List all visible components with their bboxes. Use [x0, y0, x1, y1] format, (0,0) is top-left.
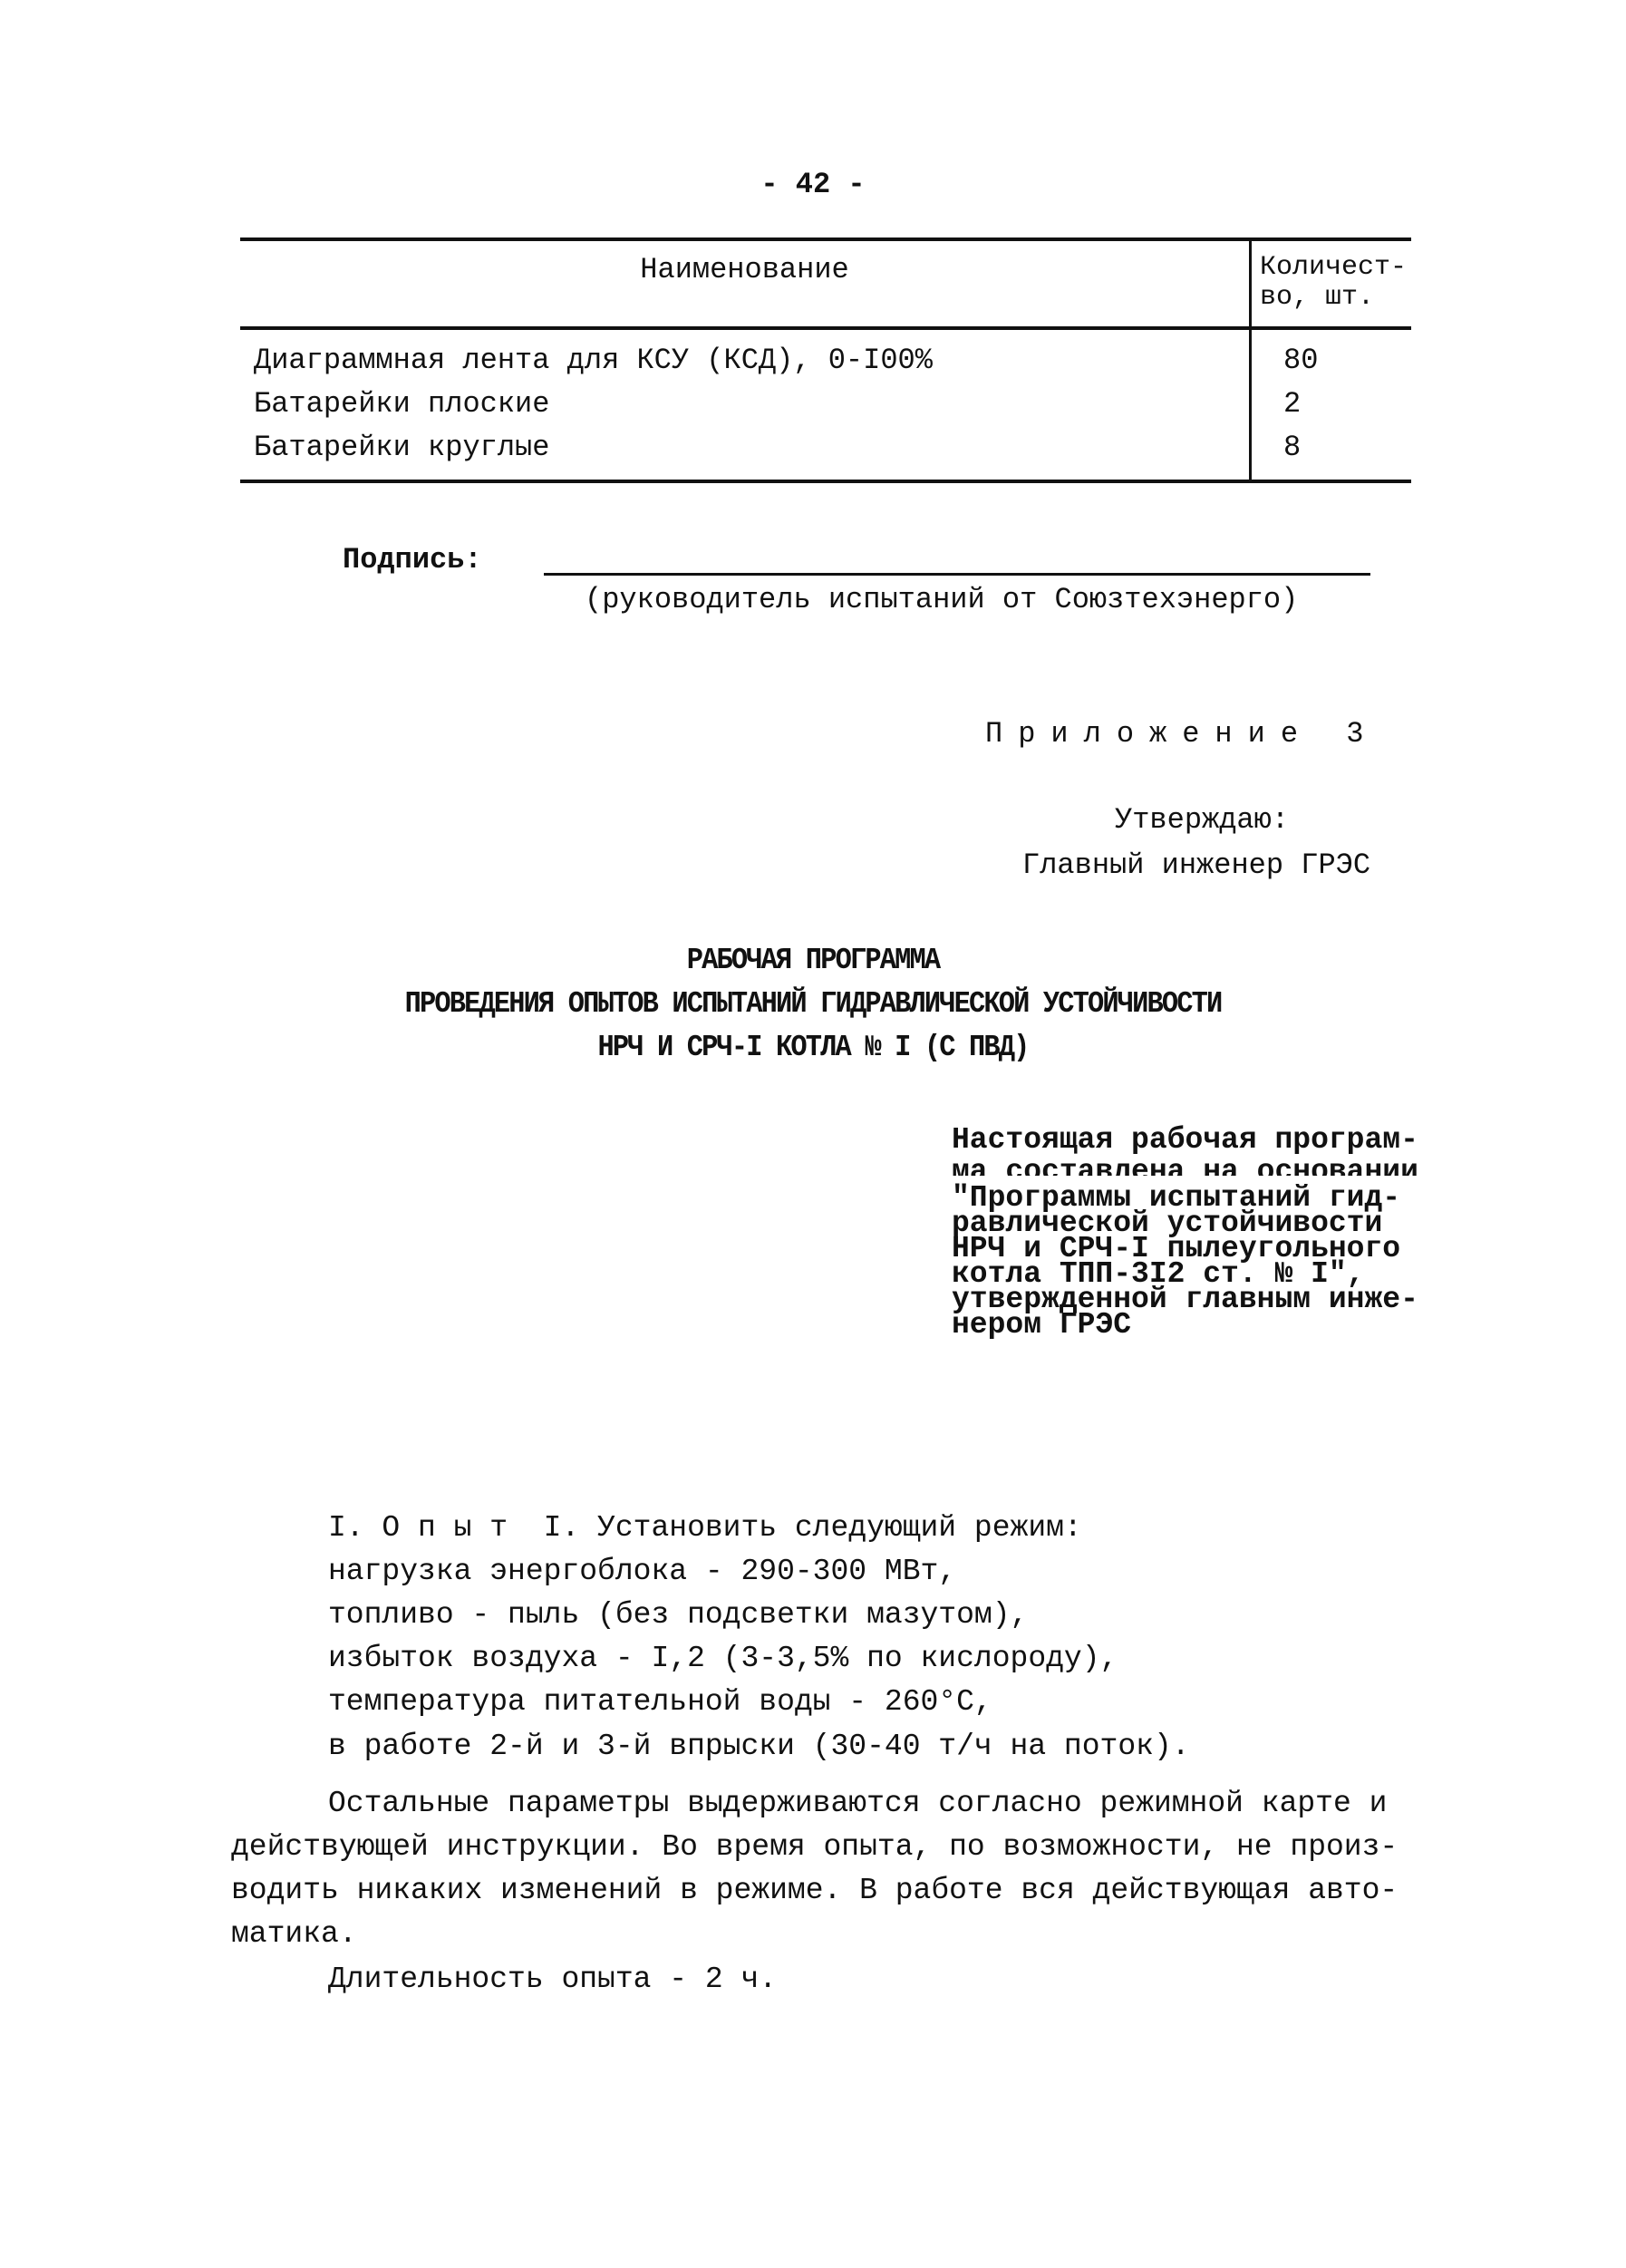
note-line: ма составлена на основании	[952, 1163, 1418, 1176]
note-line: Настоящая рабочая програм-	[952, 1128, 1418, 1153]
table-cell-qty: 8	[1251, 430, 1405, 466]
table-header-name: Наименование	[240, 252, 1249, 288]
paragraph-line: матика.	[231, 1916, 357, 1953]
mode-item: избыток воздуха - I,2 (3-3,5% по кислоро…	[328, 1641, 1118, 1677]
approval-label: Утверждаю:	[1115, 802, 1289, 838]
paragraph-line: водить никаких изменений в режиме. В раб…	[231, 1873, 1398, 1909]
mode-item: нагрузка энергоблока - 290-300 МВт,	[328, 1554, 956, 1590]
table-cell-qty: 80	[1251, 343, 1405, 379]
paragraph-line: Остальные параметры выдерживаются соглас…	[328, 1786, 1387, 1822]
title-line: РАБОЧАЯ ПРОГРАММА	[65, 943, 1561, 979]
table-top-rule	[240, 237, 1411, 241]
table-cell-name: Батарейки плоские	[254, 386, 549, 422]
note-line-clipped: ма составлена на основании	[952, 1163, 1432, 1176]
signature-caption: (руководитель испытаний от Союзтехэнерго…	[585, 582, 1298, 618]
signature-line	[544, 573, 1370, 576]
note-line: нером ГРЭС	[952, 1313, 1131, 1338]
mode-item: в работе 2-й и 3-й впрыски (30-40 т/ч на…	[328, 1729, 1190, 1765]
table-header-qty: Количест-	[1260, 253, 1407, 282]
page-number: - 42 -	[0, 167, 1626, 203]
table-cell-name: Диаграммная лента для КСУ (КСД), 0-I00%	[254, 343, 933, 379]
table-cell-qty: 2	[1251, 386, 1405, 422]
title-line: НРЧ И СРЧ-I КОТЛА № I (С ПВД)	[65, 1030, 1561, 1066]
mode-item: температура питательной воды - 260°С,	[328, 1684, 992, 1720]
table-header-rule	[240, 326, 1411, 330]
table-header-qty-unit: во, шт.	[1260, 283, 1374, 312]
paragraph-line: действующей инструкции. Во время опыта, …	[231, 1829, 1398, 1866]
table-bottom-rule	[240, 480, 1411, 483]
duration-line: Длительность опыта - 2 ч.	[328, 1962, 777, 1998]
title-line: ПРОВЕДЕНИЯ ОПЫТОВ ИСПЫТАНИЙ ГИДРАВЛИЧЕСК…	[65, 986, 1561, 1023]
table-cell-name: Батарейки круглые	[254, 430, 549, 466]
signature-label: Подпись:	[343, 542, 482, 578]
appendix-label: Приложение 3	[985, 716, 1379, 752]
approver-title: Главный инженер ГРЭС	[1022, 848, 1370, 884]
mode-item: топливо - пыль (без подсветки мазутом),	[328, 1597, 1028, 1633]
experiment-heading: I. О п ы т I. Установить следующий режим…	[328, 1510, 1082, 1546]
